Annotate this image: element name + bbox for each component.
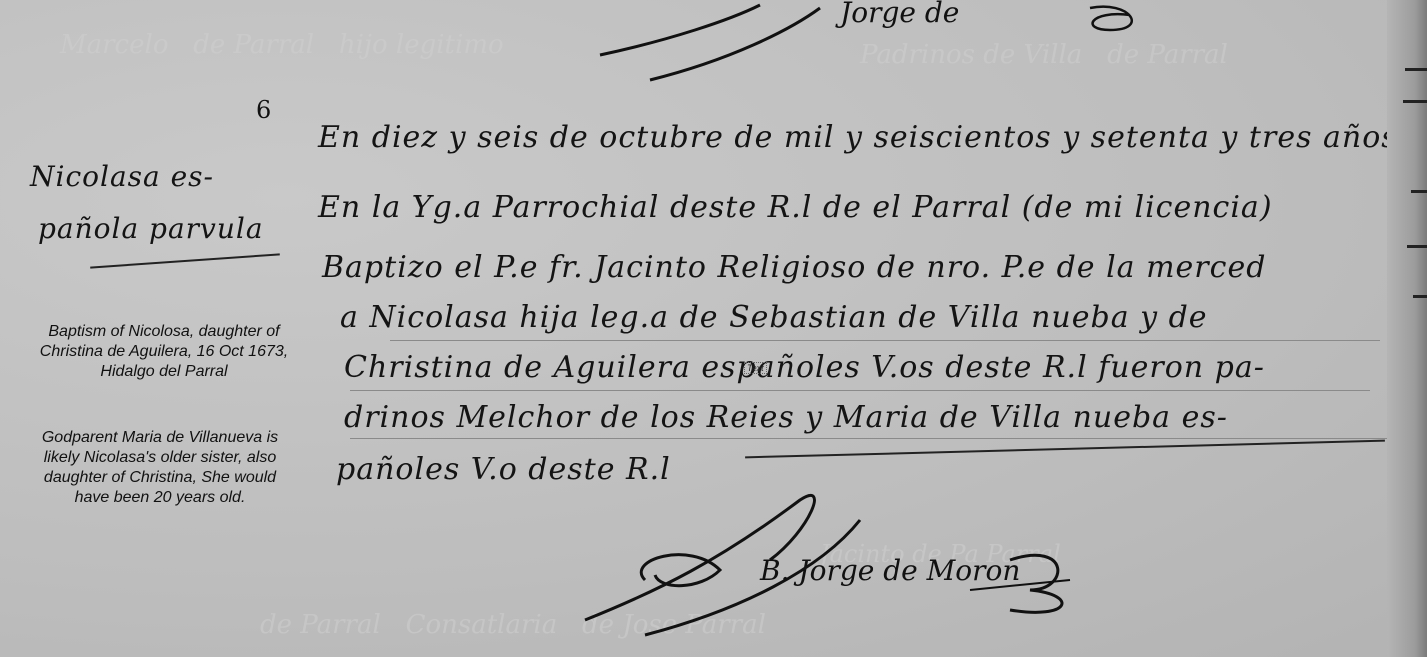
annotation-summary-line: Hidalgo del Parral — [14, 362, 314, 382]
priest-signature: B. Jorge de Moron — [570, 480, 1090, 650]
ruled-line — [350, 390, 1370, 391]
annotation-note-line: have been 20 years old. — [10, 488, 310, 508]
top-signature-fragment: Jorge de — [590, 0, 1150, 90]
edge-mark — [1407, 245, 1427, 248]
margin-note-line2: pañola parvula — [38, 212, 264, 245]
annotation-note-line: daughter of Christina, She would — [10, 468, 310, 488]
edge-mark — [1411, 190, 1427, 193]
entry-number: 6 — [256, 96, 271, 124]
edge-mark — [1403, 100, 1427, 103]
annotation-summary-line: Baptism of Nicolosa, daughter of — [14, 322, 314, 342]
ruled-line — [390, 340, 1380, 341]
annotation-note-line: likely Nicolasa's older sister, also — [10, 448, 310, 468]
svg-text:Jorge de: Jorge de — [835, 0, 959, 29]
body-line-2: En la Yg.a Parrochial deste R.l de el Pa… — [318, 190, 1273, 225]
body-line-5: Christina de Aguilera españoles V.os des… — [344, 350, 1265, 385]
body-line-6: drinos Melchor de los Reies y Maria de V… — [344, 400, 1228, 435]
annotation-summary: Baptism of Nicolosa, daughter of Christi… — [14, 322, 314, 382]
edge-mark — [1413, 295, 1427, 298]
body-line-3: Baptizo el P.e fr. Jacinto Religioso de … — [322, 250, 1266, 285]
margin-note-line1: Nicolasa es- — [30, 160, 214, 193]
annotation-summary-line: Christina de Aguilera, 16 Oct 1673, — [14, 342, 314, 362]
scanned-document: Marcelo de Parral hijo legitimo Padrinos… — [0, 0, 1427, 657]
body-line-1: En diez y seis de octubre de mil y seisc… — [318, 120, 1398, 155]
closing-line — [745, 440, 1385, 459]
page-edge — [1387, 0, 1427, 657]
text-placeholder-label[interactable]: Text — [744, 362, 767, 374]
bleed-through-text: Marcelo de Parral hijo legitimo — [60, 30, 504, 60]
annotation-note: Godparent Maria de Villanueva is likely … — [10, 428, 310, 508]
edge-mark — [1405, 68, 1427, 71]
body-line-4: a Nicolasa hija leg.a de Sebastian de Vi… — [340, 300, 1208, 335]
ruled-line — [350, 438, 1390, 439]
svg-text:B. Jorge de Moron: B. Jorge de Moron — [759, 554, 1020, 587]
annotation-note-line: Godparent Maria de Villanueva is — [10, 428, 310, 448]
margin-underline — [90, 253, 280, 268]
